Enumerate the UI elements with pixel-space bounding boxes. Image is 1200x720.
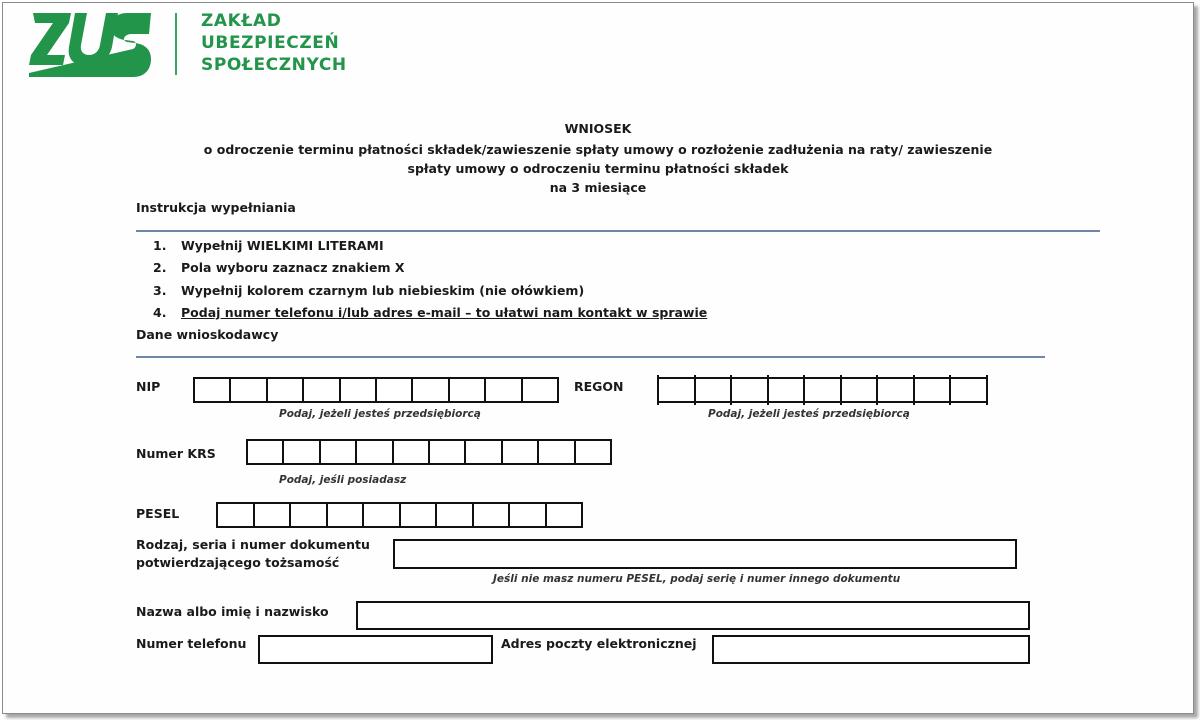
- logo-line-2: UBEZPIECZEŃ: [201, 32, 347, 54]
- applicant-divider: [136, 356, 1045, 358]
- instruction-item: 4.Podaj numer telefonu i/lub adres e-mai…: [153, 305, 707, 320]
- regon-input[interactable]: [658, 377, 987, 403]
- instruction-text: Wypełnij kolorem czarnym lub niebieskim …: [181, 283, 584, 298]
- phone-input[interactable]: [258, 635, 493, 664]
- digit-cell[interactable]: [430, 441, 466, 463]
- regon-label: REGON: [574, 378, 624, 396]
- instruction-text: Pola wyboru zaznacz znakiem X: [181, 260, 405, 275]
- krs-hint: Podaj, jeśli posiadasz: [279, 474, 406, 486]
- digit-cell[interactable]: [951, 379, 988, 401]
- digit-cell[interactable]: [486, 379, 522, 401]
- instruction-item: 1.Wypełnij WIELKIMI LITERAMI: [153, 238, 384, 253]
- logo-wordmark: ZAKŁAD UBEZPIECZEŃ SPOŁECZNYCH: [201, 10, 347, 76]
- form-page: ZAKŁAD UBEZPIECZEŃ SPOŁECZNYCH WNIOSEK o…: [2, 2, 1194, 714]
- digit-cell[interactable]: [877, 379, 914, 401]
- instruction-item: 3.Wypełnij kolorem czarnym lub niebieski…: [153, 283, 584, 298]
- digit-cell[interactable]: [450, 379, 486, 401]
- instruction-number: 2.: [153, 260, 181, 275]
- digit-cell[interactable]: [413, 379, 449, 401]
- cell-divider: [949, 375, 951, 405]
- digit-cell[interactable]: [341, 379, 377, 401]
- nip-label: NIP: [136, 378, 160, 396]
- digit-cell[interactable]: [231, 379, 267, 401]
- logo-line-3: SPOŁECZNYCH: [201, 54, 347, 76]
- digit-cell[interactable]: [547, 504, 582, 526]
- instruction-number: 3.: [153, 283, 181, 298]
- form-title: WNIOSEK: [3, 120, 1193, 137]
- pesel-label: PESEL: [136, 505, 179, 523]
- phone-label: Numer telefonu: [136, 635, 246, 653]
- cell-divider: [694, 375, 696, 405]
- digit-cell[interactable]: [466, 441, 502, 463]
- digit-cell[interactable]: [401, 504, 438, 526]
- digit-cell[interactable]: [658, 379, 695, 401]
- logo-line-1: ZAKŁAD: [201, 10, 347, 32]
- regon-hint: Podaj, jeżeli jesteś przedsiębiorcą: [708, 408, 910, 420]
- nip-input[interactable]: [193, 377, 559, 403]
- document-hint: Jeśli nie masz numeru PESEL, podaj serię…: [493, 573, 900, 585]
- form-subtitle-line-1: o odroczenie terminu płatności składek/z…: [3, 141, 1193, 158]
- digit-cell[interactable]: [731, 379, 768, 401]
- digit-cell[interactable]: [255, 504, 292, 526]
- name-label: Nazwa albo imię i nazwisko: [136, 603, 329, 621]
- zus-logo-icon: [29, 11, 153, 77]
- digit-cell[interactable]: [195, 379, 231, 401]
- cell-divider: [767, 375, 769, 405]
- digit-cell[interactable]: [284, 441, 320, 463]
- digit-cell[interactable]: [304, 379, 340, 401]
- digit-cell[interactable]: [248, 441, 284, 463]
- instructions-divider: [136, 230, 1100, 232]
- digit-cell[interactable]: [268, 379, 304, 401]
- pesel-input[interactable]: [216, 502, 583, 528]
- cell-divider: [803, 375, 805, 405]
- digit-cell[interactable]: [291, 504, 328, 526]
- digit-cell[interactable]: [914, 379, 951, 401]
- logo-separator: [175, 13, 177, 75]
- digit-cell[interactable]: [695, 379, 732, 401]
- digit-cell[interactable]: [510, 504, 547, 526]
- instruction-text: Podaj numer telefonu i/lub adres e-mail …: [181, 305, 707, 320]
- cell-divider: [986, 375, 988, 405]
- instructions-heading: Instrukcja wypełniania: [136, 200, 296, 215]
- nip-hint: Podaj, jeżeli jesteś przedsiębiorcą: [279, 408, 481, 420]
- name-input[interactable]: [356, 601, 1030, 630]
- applicant-heading: Dane wnioskodawcy: [136, 327, 278, 342]
- cell-divider: [840, 375, 842, 405]
- digit-cell[interactable]: [377, 379, 413, 401]
- digit-cell[interactable]: [364, 504, 401, 526]
- digit-cell[interactable]: [804, 379, 841, 401]
- email-input[interactable]: [712, 635, 1030, 664]
- instruction-number: 1.: [153, 238, 181, 253]
- document-label-line-1: Rodzaj, seria i numer dokumentu: [136, 536, 370, 554]
- identity-document-input[interactable]: [393, 539, 1017, 569]
- instruction-text: Wypełnij WIELKIMI LITERAMI: [181, 238, 384, 253]
- digit-cell[interactable]: [357, 441, 393, 463]
- krs-input[interactable]: [246, 439, 612, 465]
- digit-cell[interactable]: [768, 379, 805, 401]
- cell-divider: [913, 375, 915, 405]
- cell-divider: [876, 375, 878, 405]
- digit-cell[interactable]: [539, 441, 575, 463]
- cell-divider: [730, 375, 732, 405]
- digit-cell[interactable]: [328, 504, 365, 526]
- digit-cell[interactable]: [474, 504, 511, 526]
- form-subtitle-line-3: na 3 miesiące: [3, 179, 1193, 196]
- digit-cell[interactable]: [841, 379, 878, 401]
- instruction-number: 4.: [153, 305, 181, 320]
- digit-cell[interactable]: [218, 504, 255, 526]
- digit-cell[interactable]: [576, 441, 610, 463]
- digit-cell[interactable]: [437, 504, 474, 526]
- digit-cell[interactable]: [523, 379, 557, 401]
- digit-cell[interactable]: [321, 441, 357, 463]
- digit-cell[interactable]: [503, 441, 539, 463]
- form-subtitle-line-2: spłaty umowy o odroczeniu terminu płatno…: [3, 160, 1193, 177]
- krs-label: Numer KRS: [136, 445, 216, 463]
- digit-cell[interactable]: [394, 441, 430, 463]
- email-label: Adres poczty elektronicznej: [501, 635, 697, 653]
- instruction-item: 2.Pola wyboru zaznacz znakiem X: [153, 260, 405, 275]
- document-label-line-2: potwierdzającego tożsamość: [136, 554, 339, 572]
- cell-divider: [657, 375, 659, 405]
